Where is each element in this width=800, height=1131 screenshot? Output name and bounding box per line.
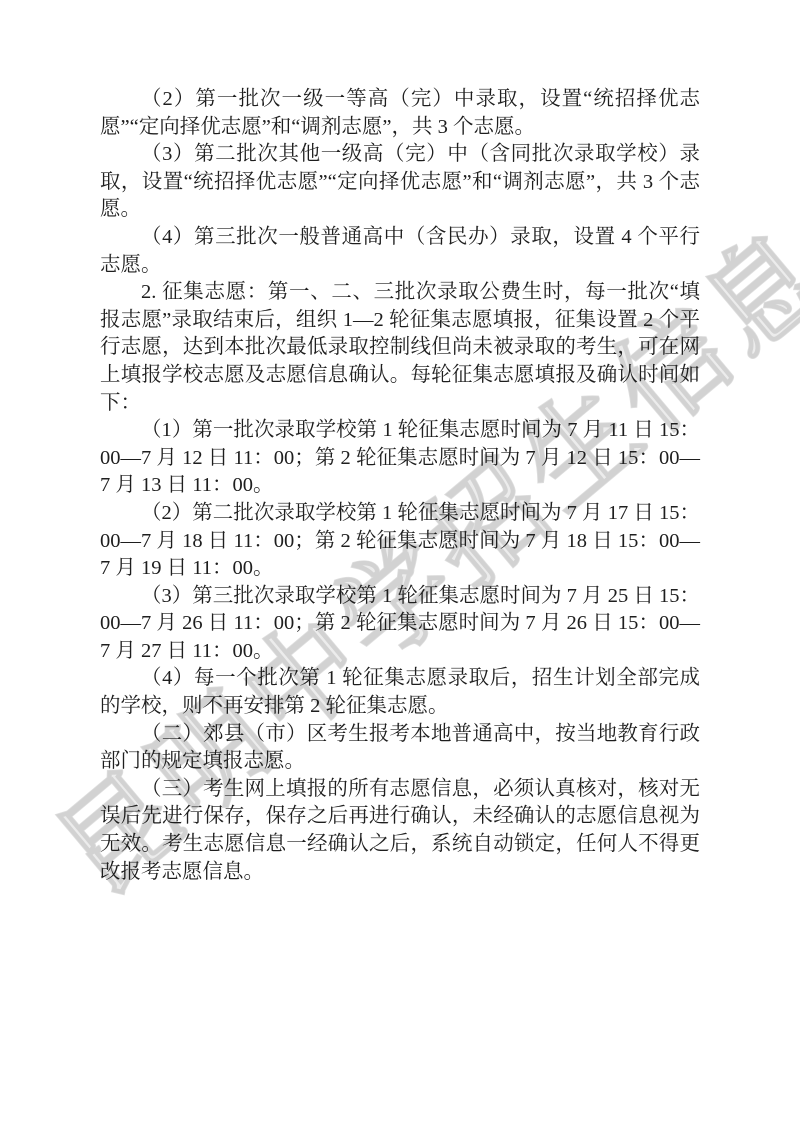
paragraph-3: （4）第三批次一般普通高中（含民办）录取，设置 4 个平行志愿。 (100, 224, 700, 279)
paragraph-8: （4）每一个批次第 1 轮征集志愿录取后，招生计划全部完成的学校，则不再安排第 … (100, 665, 700, 720)
document-body: （2）第一批次一级一等高（完）中录取，设置“统招择优志愿”“定向择优志愿”和“调… (100, 86, 700, 886)
paragraph-4: 2. 征集志愿：第一、二、三批次录取公费生时，每一批次“填报志愿”录取结束后，组… (100, 279, 700, 417)
paragraph-6: （2）第二批次录取学校第 1 轮征集志愿时间为 7 月 17 日 15：00—7… (100, 500, 700, 583)
paragraph-1: （2）第一批次一级一等高（完）中录取，设置“统招择优志愿”“定向择优志愿”和“调… (100, 86, 700, 141)
document-page: 昆明中学招生信息 （2）第一批次一级一等高（完）中录取，设置“统招择优志愿”“定… (0, 0, 800, 1131)
paragraph-7: （3）第三批次录取学校第 1 轮征集志愿时间为 7 月 25 日 15：00—7… (100, 583, 700, 666)
paragraph-10: （三）考生网上填报的所有志愿信息，必须认真核对，核对无误后先进行保存，保存之后再… (100, 776, 700, 886)
paragraph-5: （1）第一批次录取学校第 1 轮征集志愿时间为 7 月 11 日 15：00—7… (100, 417, 700, 500)
paragraph-2: （3）第二批次其他一级高（完）中（含同批次录取学校）录取，设置“统招择优志愿”“… (100, 141, 700, 224)
paragraph-9: （二）郊县（市）区考生报考本地普通高中，按当地教育行政部门的规定填报志愿。 (100, 721, 700, 776)
